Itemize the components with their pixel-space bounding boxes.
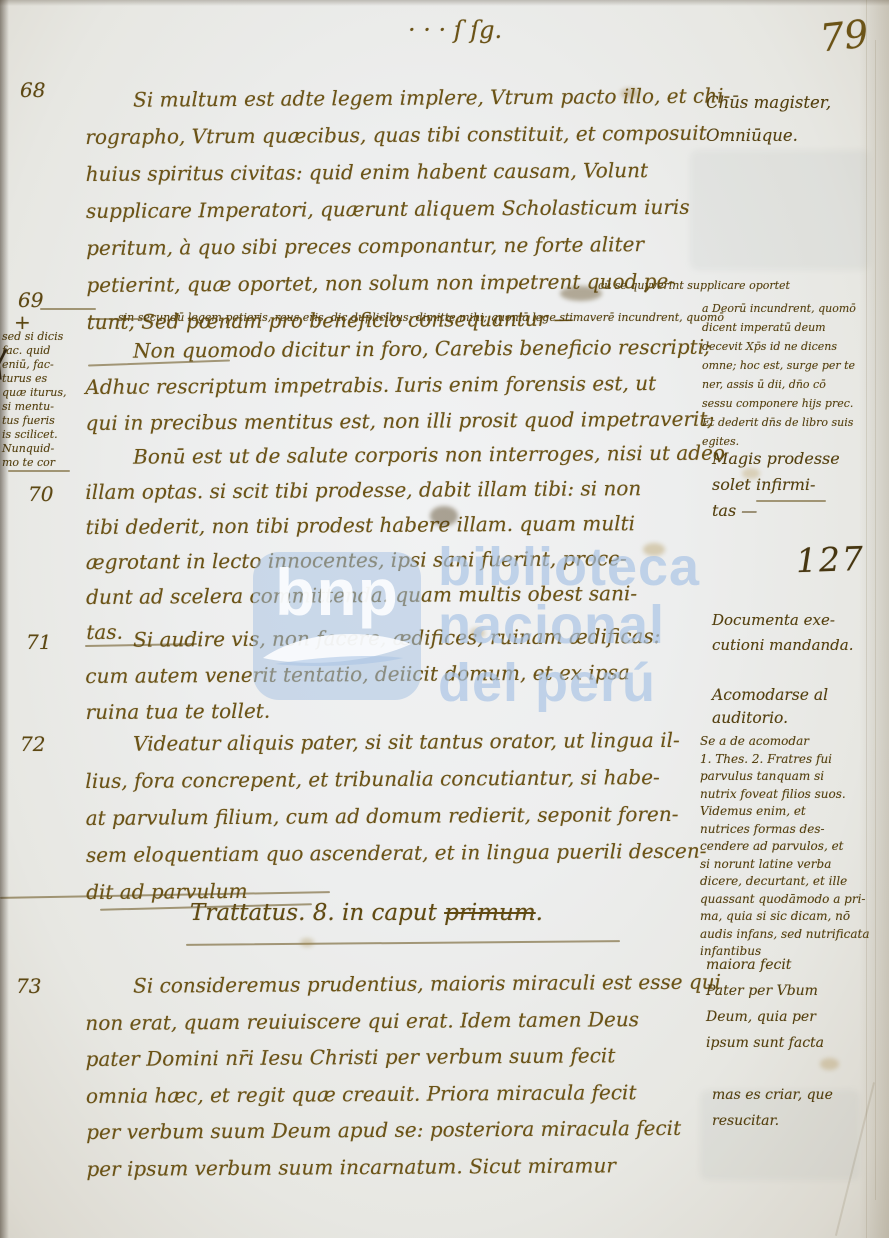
text-line: per ipsum verbum suum incarnatum. Sicut … <box>86 1146 756 1187</box>
right-margin-note-72: Se a de acomodar 1. Thes. 2. Fratres fui… <box>700 733 870 961</box>
text-line: rographo, Vtrum quæcibus, quas tibi cons… <box>85 114 755 156</box>
right-margin-note-68: Chūs magister, Omniūque. <box>706 86 831 152</box>
left-margin-note-69: sed si dicis fac. quid eniū, fac- turus … <box>2 330 84 470</box>
paragraph-number-70: 70 <box>28 482 53 506</box>
margin-line: si norunt latine verba <box>700 856 870 874</box>
margin-line: solet infirmi- <box>712 472 840 498</box>
text-line: pater Domini nr̄i Iesu Christi per verbu… <box>86 1036 756 1077</box>
text-line: non erat, quam reuiuiscere qui erat. Ide… <box>85 1000 755 1041</box>
text-line: peritum, à quo sibi preces componantur, … <box>86 225 756 267</box>
margin-line: cutioni mandanda. <box>712 633 854 658</box>
text-line: qui in precibus mentitus est, non illi p… <box>86 400 756 441</box>
paragraph-69: Non quomodo dicitur in foro, Carebis ben… <box>85 328 756 441</box>
margin-line: is scilicet. <box>2 428 84 442</box>
margin-line: Deum, quia per <box>706 1004 824 1030</box>
page-stack-line <box>875 40 877 1200</box>
margin-line: Magis prodesse <box>712 446 840 472</box>
ink-stain <box>560 286 602 301</box>
right-margin-note-69: a Deorū incundrent, quomō dicent imperat… <box>702 299 856 451</box>
text-line: Videatur aliquis pater, si sit tantus or… <box>85 721 755 763</box>
catchword-note-69: cū se quyverint supplicare oportet <box>598 279 790 292</box>
paragraph-number-73: 73 <box>16 974 41 998</box>
margin-line: nutrix foveat filios suos. <box>700 786 870 804</box>
margin-bracket-mark: ⟨ <box>0 344 7 384</box>
paper-stain <box>470 628 485 638</box>
margin-line: Omniūque. <box>706 119 831 152</box>
margin-line: mo te cor <box>2 456 84 470</box>
paragraph-72: Videatur aliquis pater, si sit tantus or… <box>85 721 756 911</box>
right-margin-note-71: Documenta exe- cutioni mandanda. <box>712 608 854 658</box>
margin-line: sessu componere hijs prec. <box>702 394 856 413</box>
text-line: Adhuc rescriptum impetrabis. Iuris enim … <box>85 364 755 405</box>
paragraph-73: Si consideremus prudentius, maioris mira… <box>85 963 757 1187</box>
paragraph-number-71: 71 <box>26 630 51 654</box>
text-line: supplicare Imperatori, quærunt aliquem S… <box>86 188 756 230</box>
text-line: at parvulum filium, cum ad domum redieri… <box>86 795 756 837</box>
margin-line: Documenta exe- <box>712 608 854 633</box>
text-line: omnia hæc, et regit quæ creauit. Priora … <box>86 1073 756 1114</box>
margin-line: Se a de acomodar <box>700 733 870 751</box>
margin-line: ner, assis ū dii, dn̄o cō <box>702 375 856 394</box>
underline-flourish <box>8 470 70 472</box>
stamp-number: 127 <box>795 539 865 580</box>
paragraph-68: Si multum est adte legem implere, Vtrum … <box>85 77 757 341</box>
text-line: per verbum suum Deum apud se: posteriora… <box>86 1109 756 1150</box>
paragraph-number-72: 72 <box>20 732 45 756</box>
margin-line: quæ iturus, <box>2 386 84 400</box>
binding-shadow <box>0 0 9 1238</box>
paragraph-number-68: 68 <box>20 78 45 102</box>
margin-line: nutrices formas des- <box>700 821 870 839</box>
right-margin-note-70: Magis prodesse solet infirmi- tas — <box>712 446 840 524</box>
text-line: cum autem venerit tentatio, deiicit domu… <box>85 653 755 694</box>
margin-line: si mentu- <box>2 400 84 414</box>
margin-line: 1. Thes. 2. Fratres fui <box>700 751 870 769</box>
manuscript-page: ⟨ · · · ſ ſg. 79 127 68 69 + 70 71 72 73… <box>0 0 889 1238</box>
paper-stain <box>820 1058 839 1070</box>
heading-period: . <box>536 900 543 926</box>
ink-stain <box>430 506 458 526</box>
heading-text: Trattatus. 8. in caput <box>190 900 444 926</box>
paper-stain <box>742 468 760 479</box>
dash-flourish <box>756 500 826 502</box>
right-margin-heading-72: Acomodarse al auditorio. <box>712 684 828 730</box>
heading-struck-word: primum <box>444 900 536 926</box>
interlinear-gloss: sin secundū legem petieris, reus eris. d… <box>118 311 724 324</box>
text-line: Si consideremus prudentius, maioris mira… <box>85 963 755 1004</box>
margin-line: ipsum sunt facta <box>706 1030 824 1056</box>
paper-stain <box>300 938 314 947</box>
paragraph-71: Si audire vis, non facere, ædifices, rui… <box>85 617 756 730</box>
text-line: tibi dederit, non tibi prodest habere il… <box>85 505 755 545</box>
dash-flourish <box>88 318 142 320</box>
margin-line: dicere, decurtant, et ille <box>700 873 870 891</box>
margin-line: auditorio. <box>712 707 828 730</box>
margin-line: Nunquid- <box>2 442 84 456</box>
text-line: huius spiritus civitas: quid enim habent… <box>86 151 756 193</box>
text-line: Bonū est ut de salute corporis non inter… <box>85 435 755 475</box>
margin-line: parvulus tanquam si <box>700 768 870 786</box>
chapter-heading: Trattatus. 8. in caput primum. <box>190 900 543 926</box>
margin-line: tus fueris <box>2 414 84 428</box>
margin-line: a Deorū incundrent, quomō <box>702 299 856 318</box>
margin-line: Pater per Vbum <box>706 978 824 1004</box>
header-mark: · · · ſ ſg. <box>408 16 502 44</box>
margin-line: omne; hoc est, surge per te <box>702 356 856 375</box>
margin-line: Videmus enim, et <box>700 803 870 821</box>
margin-line: eniū, fac- <box>2 358 84 372</box>
margin-line: Chūs magister, <box>706 86 831 119</box>
text-line: Si audire vis, non facere, ædifices, rui… <box>85 617 755 658</box>
right-margin-note-73b: mas es criar, que resucitar. <box>712 1082 833 1134</box>
dash-flourish <box>40 308 96 310</box>
margin-line: Acomodarse al <box>712 684 828 707</box>
margin-line: audis infans, sed nutrificata <box>700 926 870 944</box>
text-line: sem eloquentiam quo ascenderat, et in li… <box>86 832 756 874</box>
ink-stain <box>620 88 640 99</box>
page-stack-line <box>866 0 868 1238</box>
paper-stain <box>643 543 665 556</box>
margin-line: dicent imperatū deum <box>702 318 856 337</box>
margin-line: cendere ad parvulos, et <box>700 838 870 856</box>
text-line: illam optas. si scit tibi prodesse, dabi… <box>85 470 755 510</box>
text-line: Si multum est adte legem implere, Vtrum … <box>85 77 755 119</box>
heading-rule <box>186 940 620 946</box>
margin-line: turus es <box>2 372 84 386</box>
margin-line: sed si dicis <box>2 330 84 344</box>
text-line: dunt ad scelera committenda. quam multis… <box>86 575 756 615</box>
margin-line: maiora fecit <box>706 952 824 978</box>
margin-line: Et dederit dn̄s de libro suis <box>702 413 856 432</box>
margin-line: resucitar. <box>712 1108 833 1134</box>
margin-line: fac. quid <box>2 344 84 358</box>
text-line: lius, fora concrepent, et tribunalia con… <box>85 758 755 800</box>
margin-line: ma, quia si sic dicam, nō <box>700 908 870 926</box>
top-edge-shadow <box>0 0 889 6</box>
margin-line: decevit Xp̄s id ne dicens <box>702 337 856 356</box>
margin-line: quassant quodāmodo a pri- <box>700 891 870 909</box>
margin-line: mas es criar, que <box>712 1082 833 1108</box>
right-margin-note-73: maiora fecit Pater per Vbum Deum, quia p… <box>706 952 824 1056</box>
